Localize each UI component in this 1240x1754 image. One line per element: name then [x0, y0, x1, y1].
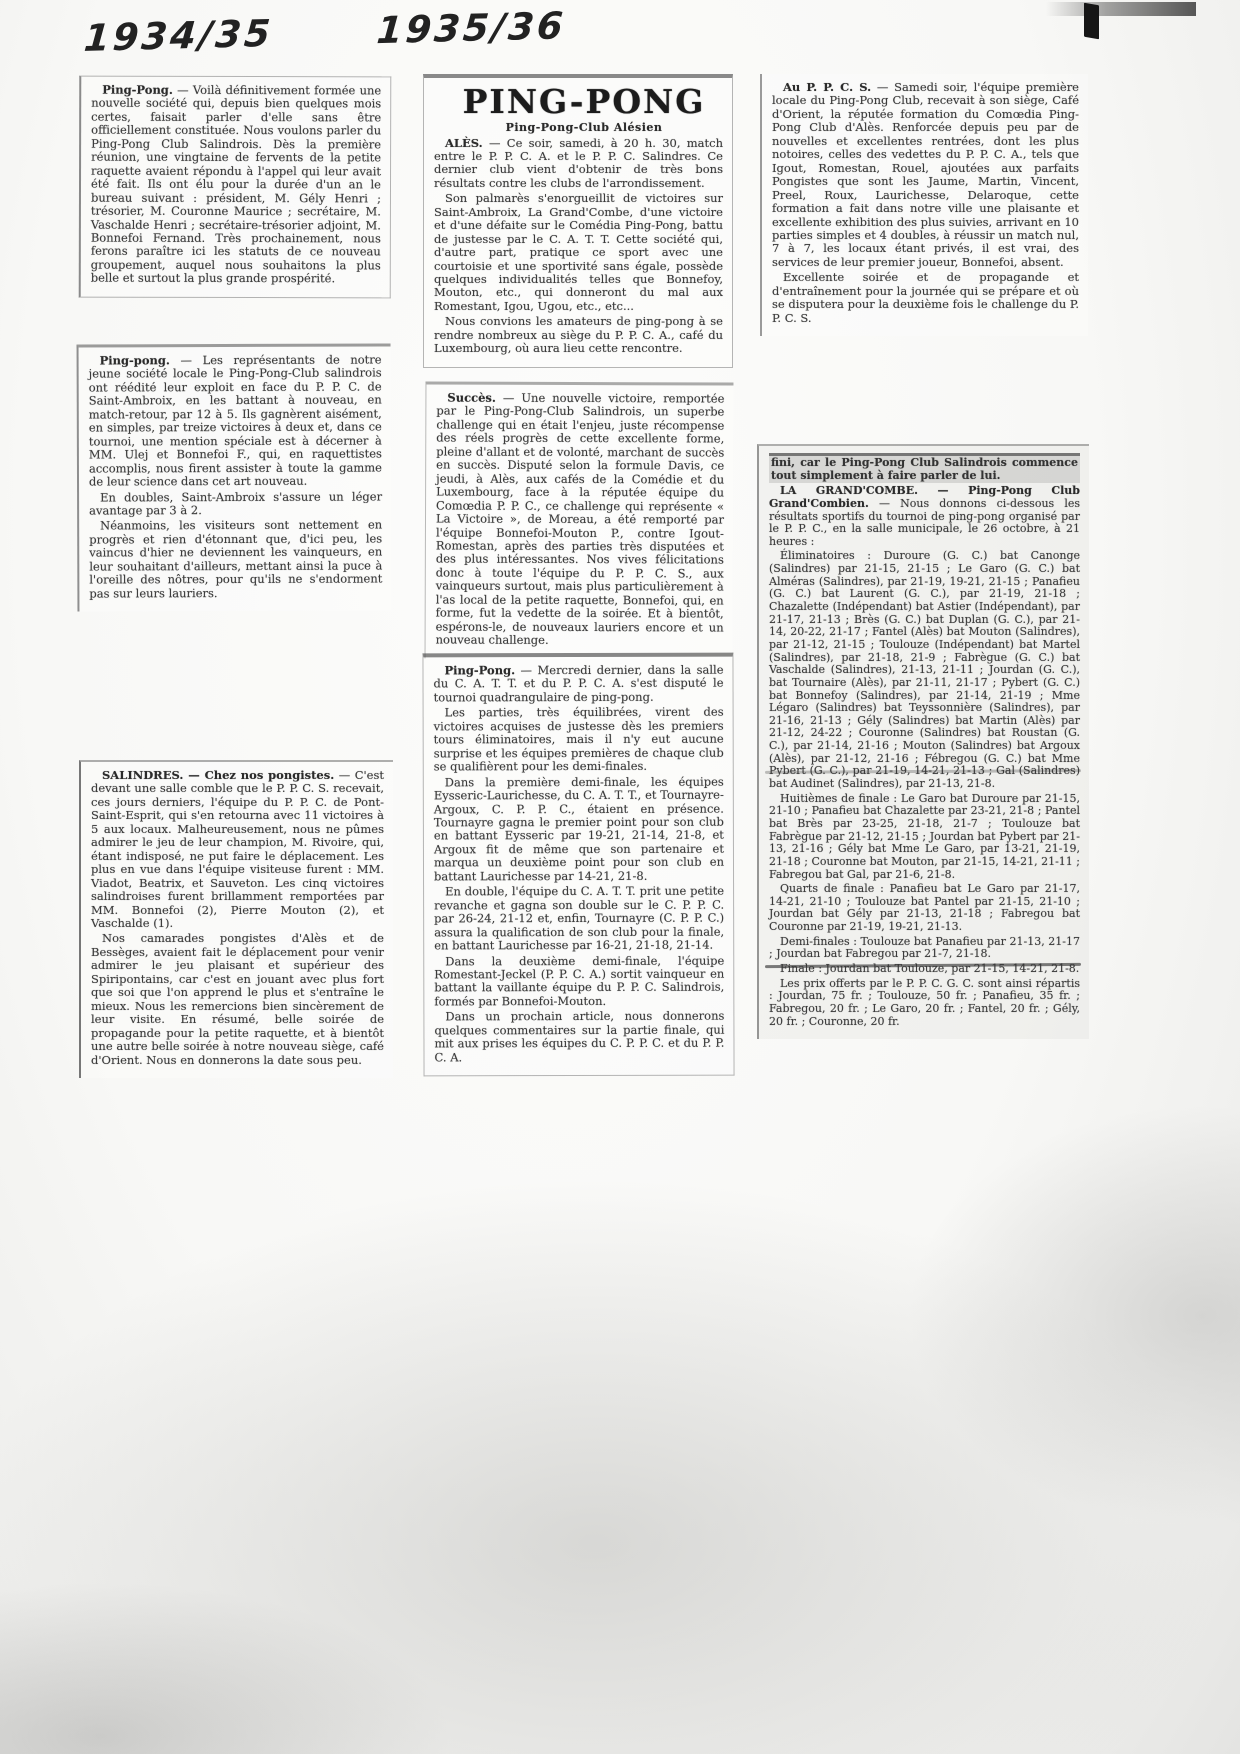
clipping-paragraph-prix: Les prix offerts par le P. P. C. G. C. s… [769, 978, 1080, 1029]
clipping-salindres-chez-nos-pongistes: SALINDRES. — Chez nos pongistes. — C'est… [79, 760, 393, 1078]
handwritten-season-1935-36: 1935/36 [375, 4, 567, 52]
clipping-lead: ALÈS. [445, 136, 483, 150]
clipping-paragraph: Son palmarès s'enorgueillit de victoires… [434, 192, 723, 313]
clipping-paragraph: ALÈS. — Ce soir, samedi, à 20 h. 30, mat… [434, 137, 723, 191]
clipping-paragraph: Au P. P. C. S. — Samedi soir, l'équipe p… [772, 81, 1079, 269]
clipping-paragraph: En double, l'équipe du C. A. T. T. prit … [434, 885, 724, 953]
scan-edge-smudge [1046, 2, 1196, 16]
clipping-paragraph: Nos camarades pongistes d'Alès et de Bes… [91, 932, 384, 1067]
clipping-match-saint-ambroix: Ping-pong. — Les représentants de notre … [77, 343, 392, 611]
clipping-paragraph: Les parties, très équilibrées, virent de… [434, 706, 724, 774]
clipping-ping-pong-club-alesien: PING-PONG Ping-Pong-Club Alésien ALÈS. —… [423, 74, 733, 368]
clipping-au-ppcs-exhibition: Au P. P. C. S. — Samedi soir, l'équipe p… [760, 74, 1088, 336]
clipping-paragraph: LA GRAND'COMBE. — Ping-Pong Club Grand'C… [769, 485, 1080, 548]
handwritten-seasons: 1934/35 1935/36 [82, 3, 605, 60]
clipping-paragraph: Ping-pong. — Les représentants de notre … [89, 353, 382, 489]
clipping-paragraph: Excellente soirée et de propagande et d'… [772, 271, 1079, 325]
clipping-paragraph-eliminatoires: Éliminatoires : Duroure (G. C.) bat Cano… [769, 550, 1080, 790]
scanned-scrapbook-page: 1934/35 1935/36 Ping-Pong. — Voilà défin… [0, 0, 1240, 1754]
clipping-tournoi-quadrangulaire: Ping-Pong. — Mercredi dernier, dans la s… [422, 653, 734, 1077]
clipping-lead: Ping-pong. [100, 353, 170, 367]
clipping-paragraph: Ping-Pong. — Voilà définitivement formée… [91, 84, 382, 287]
clipping-paragraph: Nous convions les amateurs de ping-pong … [434, 315, 723, 355]
clipping-lead: SALINDRES. — Chez nos pongistes. [102, 768, 334, 782]
clipping-la-grand-combe-tournoi: fini, car le Ping-Pong Club Salindrois c… [757, 444, 1089, 1039]
clipping-paragraph: Ping-Pong. — Mercredi dernier, dans la s… [433, 664, 723, 705]
clipping-lead: Ping-Pong. [444, 663, 515, 677]
clipping-lead: Succès. [447, 391, 496, 405]
clipping-fragment-line: fini, car le Ping-Pong Club Salindrois c… [769, 453, 1080, 483]
clipping-paragraph: SALINDRES. — Chez nos pongistes. — C'est… [91, 769, 384, 930]
clipping-paragraph: Néanmoins, les visiteurs sont nettement … [89, 519, 382, 601]
handwritten-season-1934-35: 1934/35 [82, 12, 274, 60]
clipping-lead: Ping-Pong. [102, 83, 173, 97]
clipping-paragraph: En doubles, Saint-Ambroix s'assure un lé… [89, 490, 382, 518]
clipping-paragraph: Dans un prochain article, nous donnerons… [434, 1010, 724, 1065]
clipping-paragraph: Dans la première demi-finale, les équipe… [434, 775, 724, 883]
scan-corner-mark [1084, 3, 1099, 40]
clipping-succes-challenge: Succès. — Une nouvelle victoire, remport… [425, 381, 734, 659]
clipping-paragraph-huitiemes: Huitièmes de finale : Le Garo bat Durour… [769, 793, 1080, 881]
clipping-headline: PING-PONG [434, 85, 723, 120]
clipping-paragraph-demi-finales: Demi-finales : Toulouze bat Panafieu par… [769, 936, 1080, 961]
clipping-founding-ppc-salindrois: Ping-Pong. — Voilà définitivement formée… [79, 76, 392, 299]
clipping-paragraph: Succès. — Une nouvelle victoire, remport… [436, 392, 725, 649]
clipping-subhead: Ping-Pong-Club Alésien [434, 122, 723, 135]
clipping-paragraph-quarts: Quarts de finale : Panafieu bat Le Garo … [769, 883, 1080, 934]
clipping-paragraph: Dans la deuxième demi-finale, l'équipe R… [434, 954, 724, 1009]
clipping-lead: Au P. P. C. S. [783, 80, 871, 94]
